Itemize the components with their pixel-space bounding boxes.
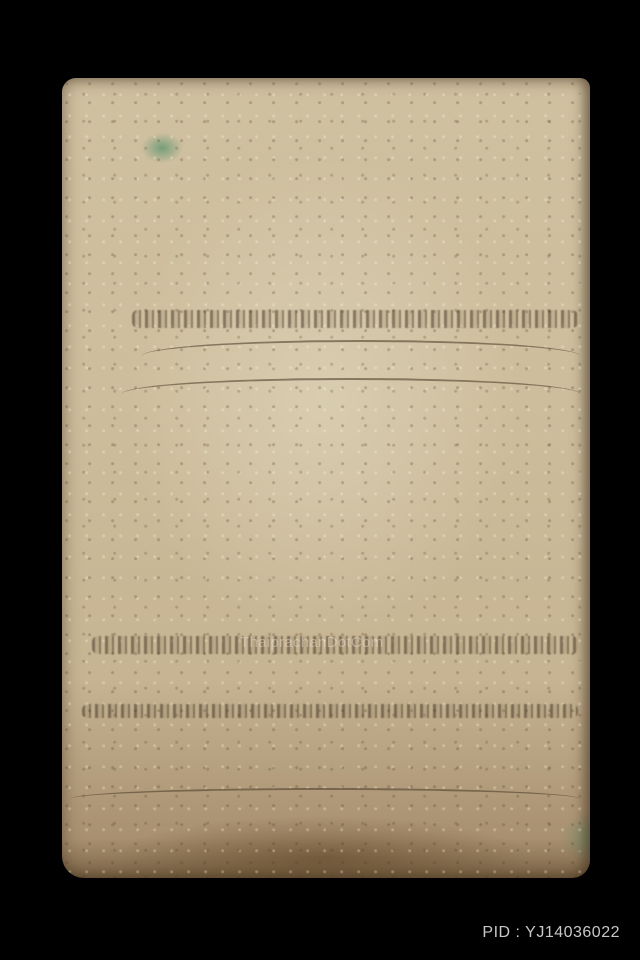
pid-label: PID : YJ14036022: [482, 924, 620, 942]
groove-line: [122, 378, 580, 410]
groove-line: [142, 340, 580, 372]
inscription-band-lower: [82, 704, 578, 718]
inscription-band-top: [132, 310, 578, 328]
watermark-text: ThaiprachanDotCom: [240, 634, 384, 651]
groove-line: [70, 788, 580, 810]
amulet-tablet: ThaiprachanDotCom: [62, 78, 590, 878]
